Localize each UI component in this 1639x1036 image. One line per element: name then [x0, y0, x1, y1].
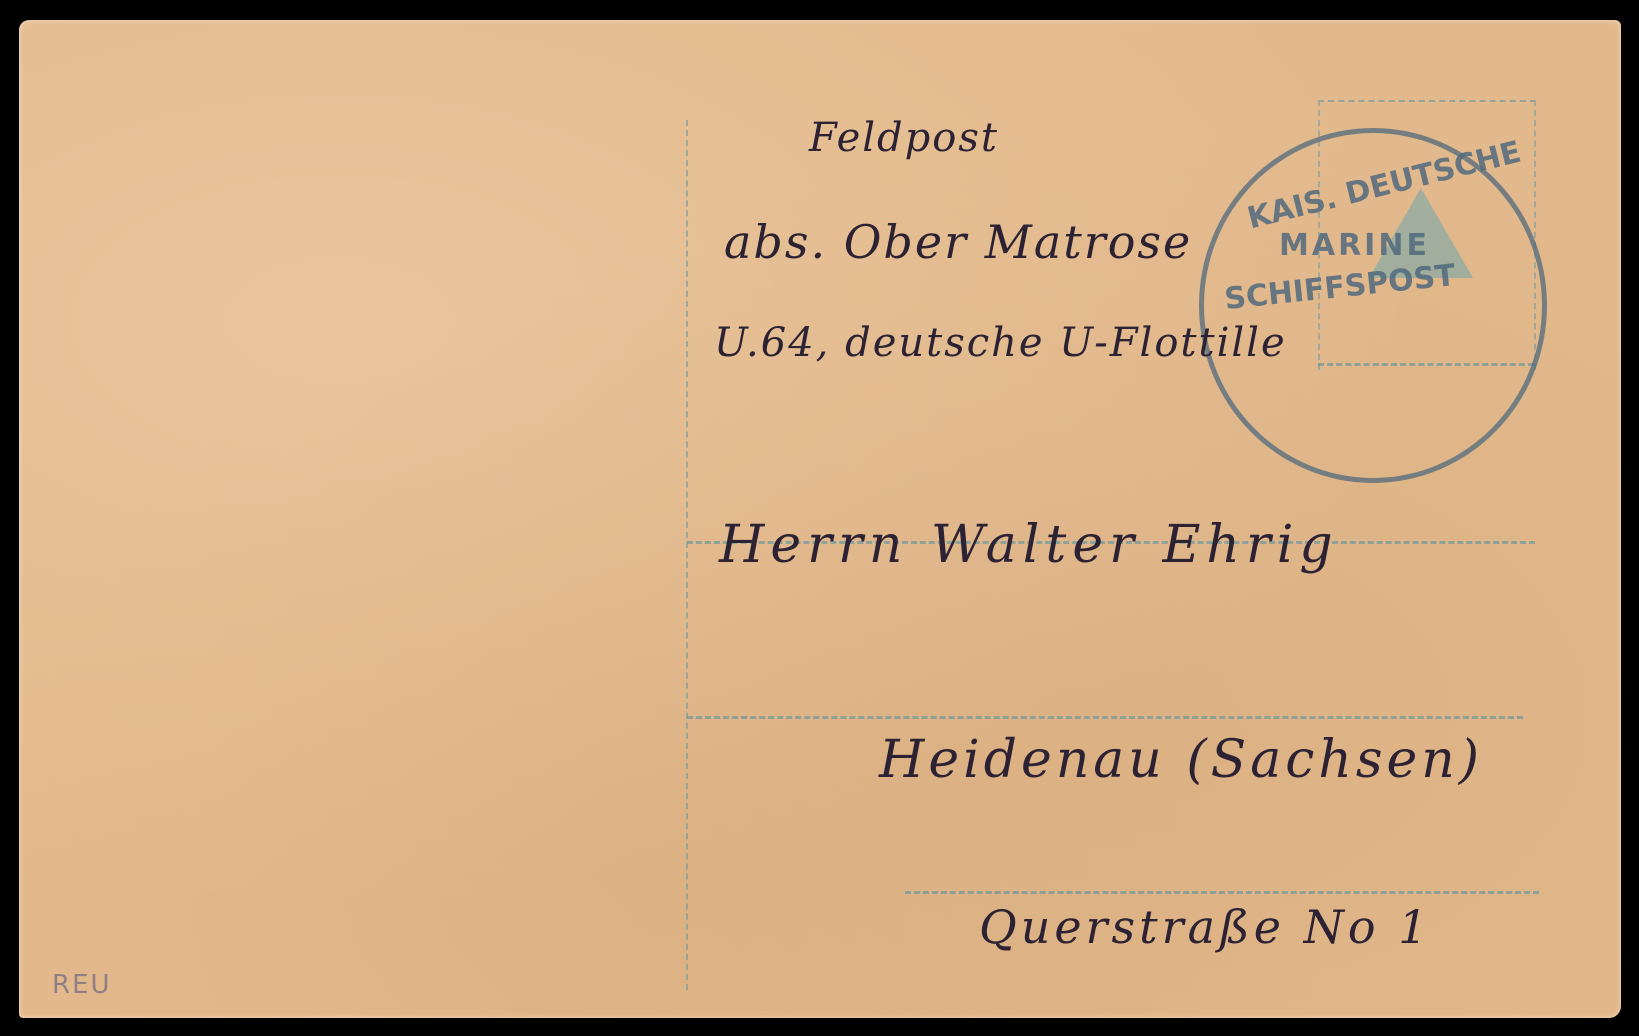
postmark-text-middle: MARINE [1279, 228, 1430, 263]
sender-line-rank: abs. Ober Matrose [724, 215, 1192, 269]
recipient-name: Herrn Walter Ehrig [719, 515, 1339, 575]
sender-line-feldpost: Feldpost [809, 115, 999, 161]
divider-line [686, 120, 688, 990]
recipient-city: Heidenau (Sachsen) [879, 730, 1483, 790]
postcard: KAIS. DEUTSCHE MARINE SCHIFFSPOST Feldpo… [19, 20, 1621, 1018]
sender-line-unit: U.64, deutsche U-Flottille [714, 320, 1287, 366]
recipient-street: Querstraße No 1 [979, 900, 1431, 954]
address-line-2 [687, 716, 1523, 719]
pencil-note: REU [52, 970, 112, 1000]
address-line-3 [905, 891, 1539, 894]
